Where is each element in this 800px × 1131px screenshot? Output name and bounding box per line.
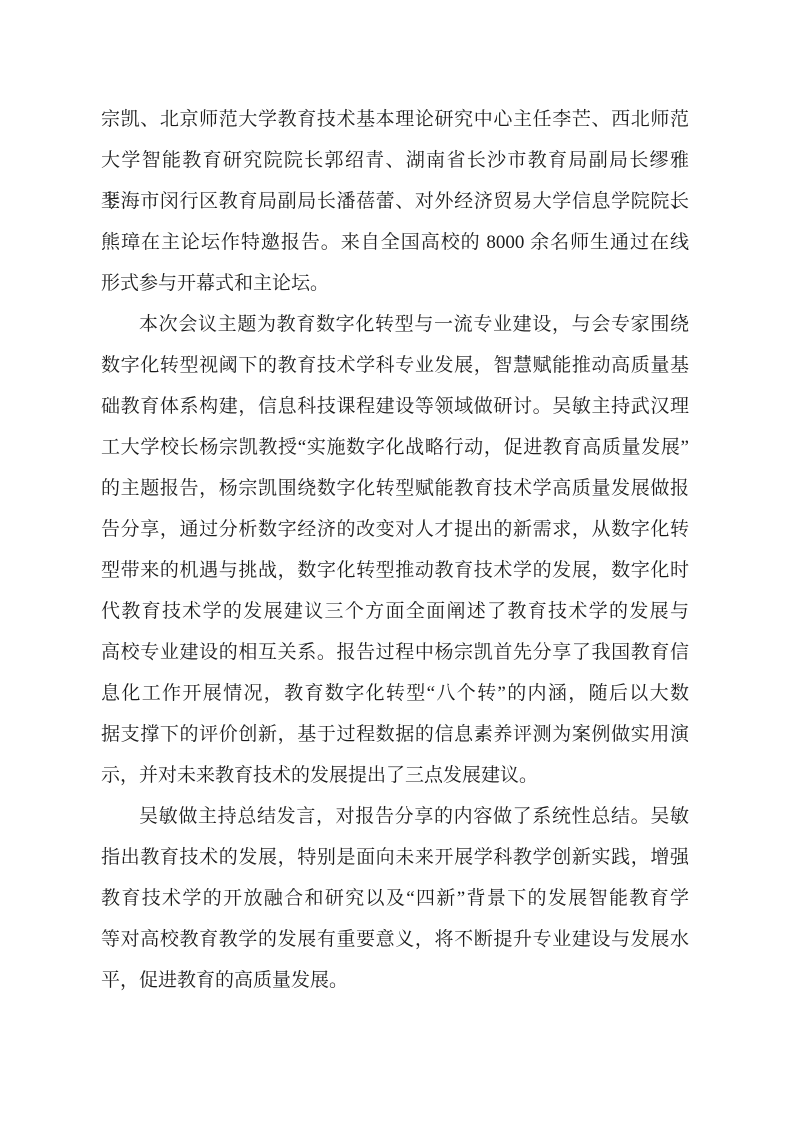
page-text: 宗凯、北京师范大学教育技术基本理论研究中心主任李芒、西北师范 大学智能教育研究院… — [101, 99, 689, 1001]
text-line: 教育技术学的开放融合和研究以及“四新”背景下的发展智能教育学 — [101, 878, 689, 919]
paragraph-2: 本次会议主题为教育数字化转型与一流专业建设，与会专家围绕 数字化转型视阈下的教育… — [101, 304, 689, 796]
text-line: 示，并对未来教育技术的发展提出了三点发展建议。 — [101, 755, 689, 796]
document-page: 宗凯、北京师范大学教育技术基本理论研究中心主任李芒、西北师范 大学智能教育研究院… — [0, 0, 800, 1131]
text-line: 形式参与开幕式和主论坛。 — [101, 263, 689, 304]
paragraph-3: 吴敏做主持总结发言，对报告分享的内容做了系统性总结。吴敏 指出教育技术的发展，特… — [101, 796, 689, 1001]
text-line: 数字化转型视阈下的教育技术学科专业发展，智慧赋能推动高质量基 — [101, 345, 689, 386]
text-line: 型带来的机遇与挑战，数字化转型推动教育技术学的发展，数字化时 — [101, 550, 689, 591]
text-line: 本次会议主题为教育数字化转型与一流专业建设，与会专家围绕 — [101, 304, 689, 345]
text-line: 工大学校长杨宗凯教授“实施数字化战略行动，促进教育高质量发展” — [101, 427, 689, 468]
text-line: 告分享，通过分析数字经济的改变对人才提出的新需求，从数字化转 — [101, 509, 689, 550]
text-line: 平，促进教育的高质量发展。 — [101, 960, 689, 1001]
paragraph-1: 宗凯、北京师范大学教育技术基本理论研究中心主任李芒、西北师范 大学智能教育研究院… — [101, 99, 689, 304]
text-line: 础教育体系构建，信息科技课程建设等领域做研讨。吴敏主持武汉理 — [101, 386, 689, 427]
text-line: 高校专业建设的相互关系。报告过程中杨宗凯首先分享了我国教育信 — [101, 632, 689, 673]
text-line: 指出教育技术的发展，特别是面向未来开展学科教学创新实践，增强 — [101, 837, 689, 878]
text-line: 熊璋在主论坛作特邀报告。来自全国高校的 8000 余名师生通过在线 — [101, 222, 689, 263]
text-line: 宗凯、北京师范大学教育技术基本理论研究中心主任李芒、西北师范 — [101, 99, 689, 140]
text-line: 等对高校教育教学的发展有重要意义，将不断提升专业建设与发展水 — [101, 919, 689, 960]
text-line: 的主题报告，杨宗凯围绕数字化转型赋能教育技术学高质量发展做报 — [101, 468, 689, 509]
text-line: 吴敏做主持总结发言，对报告分享的内容做了系统性总结。吴敏 — [101, 796, 689, 837]
text-line: 大学智能教育研究院院长郭绍青、湖南省长沙市教育局副局长缪雅琴、 — [101, 140, 689, 181]
text-line: 息化工作开展情况，教育数字化转型“八个转”的内涵，随后以大数 — [101, 673, 689, 714]
text-line: 上海市闵行区教育局副局长潘蓓蕾、对外经济贸易大学信息学院院长 — [101, 181, 689, 222]
text-line: 代教育技术学的发展建议三个方面全面阐述了教育技术学的发展与 — [101, 591, 689, 632]
text-line: 据支撑下的评价创新，基于过程数据的信息素养评测为案例做实用演 — [101, 714, 689, 755]
